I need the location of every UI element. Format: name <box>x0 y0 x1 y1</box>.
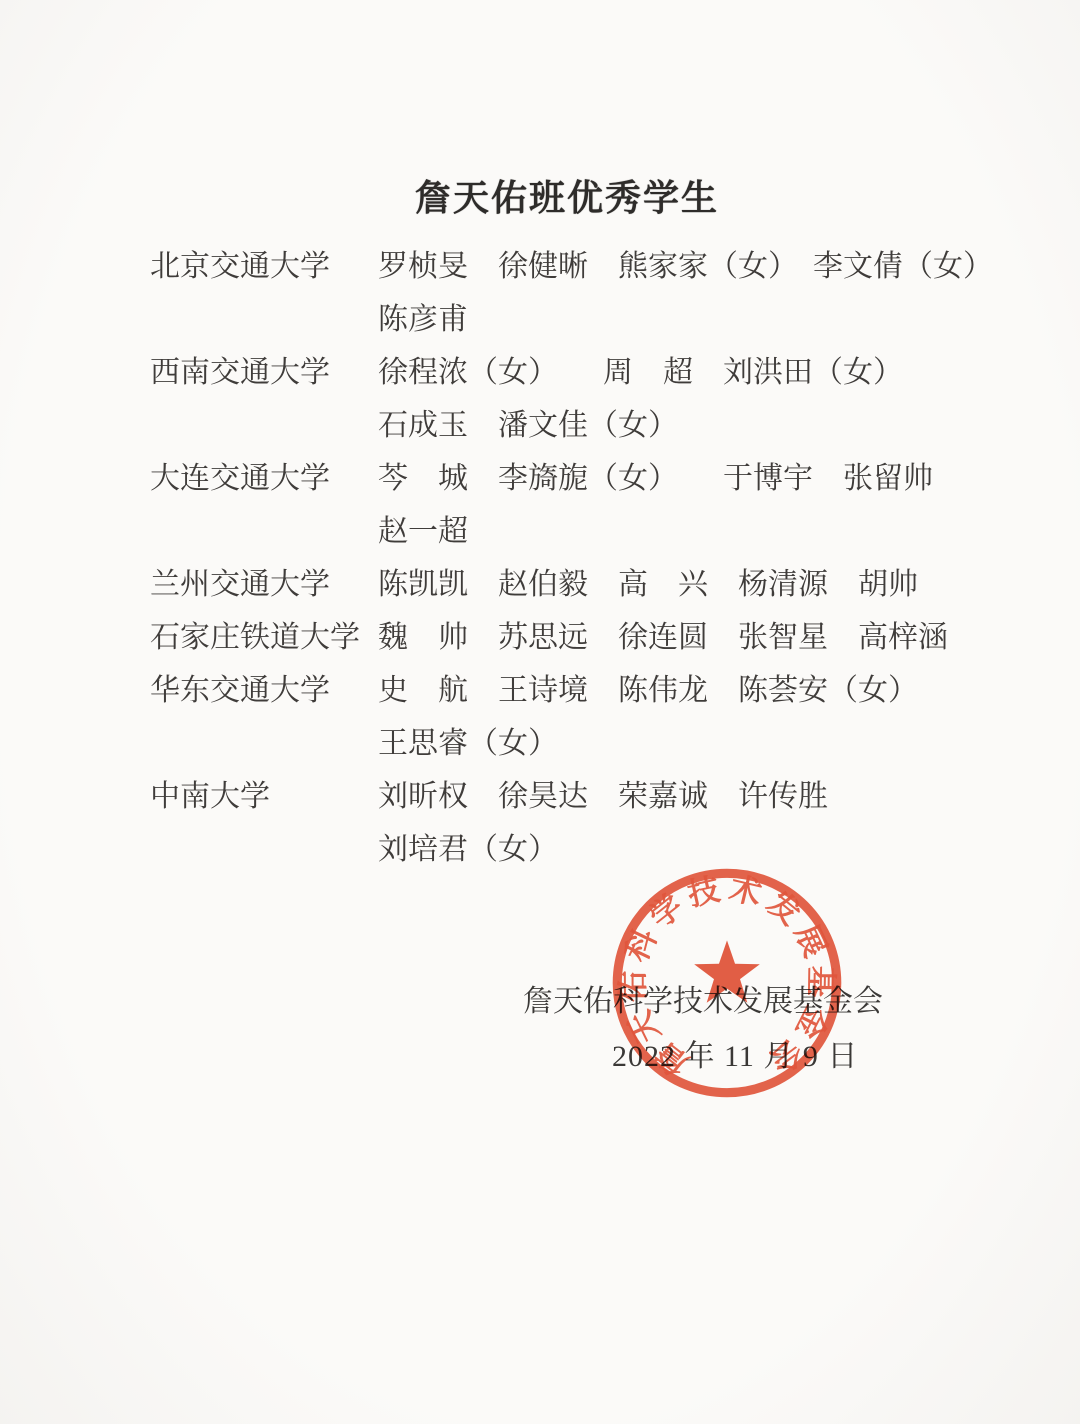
document-title: 詹天佑班优秀学生 <box>0 170 1080 221</box>
university-name: 北京交通大学 <box>150 240 378 293</box>
student-names-line: 赵一超 <box>378 505 1030 558</box>
university-name: 华东交通大学 <box>150 664 378 717</box>
student-names-line: 罗桢旻 徐健晰 熊家家（女） 李文倩（女） <box>378 240 1030 293</box>
university-name: 中南大学 <box>150 770 378 823</box>
roster-row: 华东交通大学 史 航 王诗境 陈伟龙 陈荟安（女） 王思睿（女） <box>150 664 1030 770</box>
university-name: 石家庄铁道大学 <box>150 611 378 664</box>
roster-row: 大连交通大学 芩 城 李旖旎（女） 于博宇 张留帅 赵一超 <box>150 452 1030 558</box>
student-names: 史 航 王诗境 陈伟龙 陈荟安（女） 王思睿（女） <box>378 664 1030 770</box>
roster-row: 西南交通大学 徐程浓（女） 周 超 刘洪田（女） 石成玉 潘文佳（女） <box>150 346 1030 452</box>
roster-row: 兰州交通大学 陈凯凯 赵伯毅 高 兴 杨清源 胡帅 <box>150 558 1030 611</box>
signature-date: 2022 年 11 月 9 日 <box>612 1040 858 1074</box>
student-names-line: 陈彦甫 <box>378 293 1030 346</box>
student-names-line: 徐程浓（女） 周 超 刘洪田（女） <box>378 346 1030 399</box>
student-names-line: 石成玉 潘文佳（女） <box>378 399 1030 452</box>
student-names-line: 王思睿（女） <box>378 717 1030 770</box>
student-names: 徐程浓（女） 周 超 刘洪田（女） 石成玉 潘文佳（女） <box>378 346 1030 452</box>
university-name: 大连交通大学 <box>150 452 378 505</box>
university-name: 西南交通大学 <box>150 346 378 399</box>
signature-organization: 詹天佑科学技术发展基金会 <box>523 985 883 1019</box>
student-names: 罗桢旻 徐健晰 熊家家（女） 李文倩（女） 陈彦甫 <box>378 240 1030 346</box>
student-roster: 北京交通大学 罗桢旻 徐健晰 熊家家（女） 李文倩（女） 陈彦甫 西南交通大学 … <box>150 240 1030 876</box>
student-names-line: 刘昕权 徐昊达 荣嘉诚 许传胜 <box>378 770 1030 823</box>
student-names-line: 陈凯凯 赵伯毅 高 兴 杨清源 胡帅 <box>378 558 1030 611</box>
scanned-document-page: 詹天佑班优秀学生 北京交通大学 罗桢旻 徐健晰 熊家家（女） 李文倩（女） 陈彦… <box>0 0 1080 1424</box>
student-names: 魏 帅 苏思远 徐连圆 张智星 高梓涵 <box>378 611 1030 664</box>
student-names-line: 芩 城 李旖旎（女） 于博宇 张留帅 <box>378 452 1030 505</box>
university-name: 兰州交通大学 <box>150 558 378 611</box>
student-names-line: 史 航 王诗境 陈伟龙 陈荟安（女） <box>378 664 1030 717</box>
roster-row: 中南大学 刘昕权 徐昊达 荣嘉诚 许传胜 刘培君（女） <box>150 770 1030 876</box>
student-names-line: 魏 帅 苏思远 徐连圆 张智星 高梓涵 <box>378 611 1030 664</box>
student-names: 芩 城 李旖旎（女） 于博宇 张留帅 赵一超 <box>378 452 1030 558</box>
student-names-line: 刘培君（女） <box>378 823 1030 876</box>
roster-row: 北京交通大学 罗桢旻 徐健晰 熊家家（女） 李文倩（女） 陈彦甫 <box>150 240 1030 346</box>
roster-row: 石家庄铁道大学 魏 帅 苏思远 徐连圆 张智星 高梓涵 <box>150 611 1030 664</box>
student-names: 陈凯凯 赵伯毅 高 兴 杨清源 胡帅 <box>378 558 1030 611</box>
student-names: 刘昕权 徐昊达 荣嘉诚 许传胜 刘培君（女） <box>378 770 1030 876</box>
